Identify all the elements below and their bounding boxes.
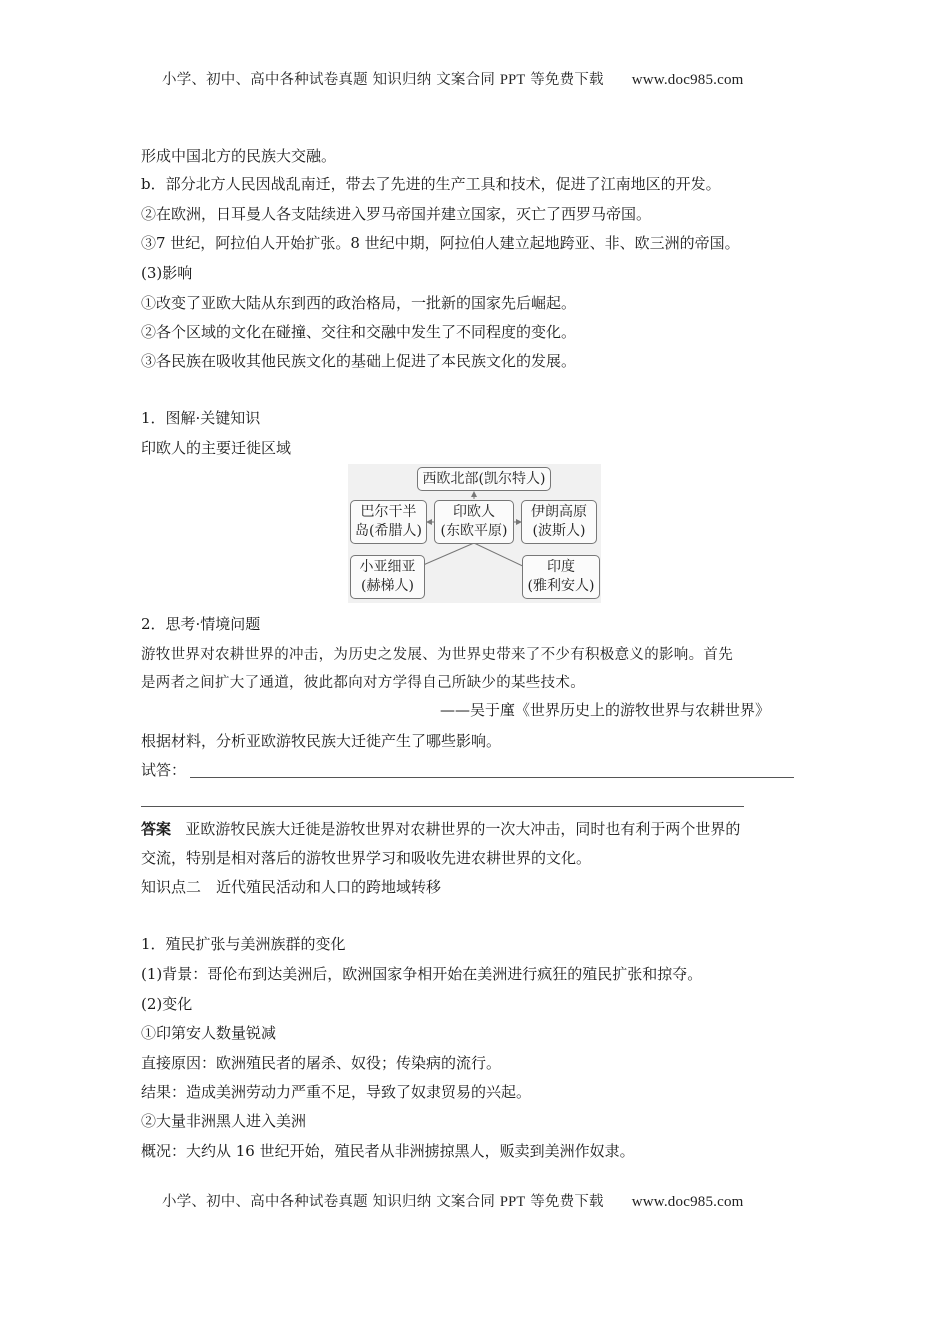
kp2-change-heading: (2)变化 [141,994,192,1014]
answer-key-label: 答案 [141,820,171,838]
box-iran-plateau: 伊朗高原 (波斯人) [521,500,597,544]
box-balkans-line1: 巴尔干半 [351,503,426,522]
answer-key-line-1: 答案 亚欧游牧民族大迁徙是游牧世界对农耕世界的一次大冲击，同时也有利于两个世界的 [141,819,740,839]
page-footer: 小学、初中、高中各种试卷真题 知识归纳 文案合同 PPT 等免费下载www.do… [162,1190,802,1211]
box-balkans-line2: 岛(希腊人) [351,522,426,541]
header-text: 小学、初中、高中各种试卷真题 知识归纳 文案合同 [162,72,500,88]
kp2-background: (1)背景：哥伦布到达美洲后，欧洲国家争相开始在美洲进行疯狂的殖民扩张和掠夺。 [141,964,702,984]
answer-label: 试答： [141,760,186,780]
kp2-item-2: ②大量非洲黑人进入美洲 [141,1111,306,1131]
quote-line-2: 是两者之间扩大了通道，彼此都向对方学得自己所缺少的某些技术。 [141,673,585,693]
diagram-caption: 印欧人的主要迁徙区域 [141,438,291,458]
box-iran-line1: 伊朗高原 [522,503,596,522]
kp2-heading: 1．殖民扩张与美洲族群的变化 [141,934,346,954]
footer-text: 小学、初中、高中各种试卷真题 知识归纳 文案合同 [162,1194,500,1210]
impact-item-2: ②各个区域的文化在碰撞、交往和交融中发生了不同程度的变化。 [141,322,576,342]
box-iran-line2: (波斯人) [522,522,596,541]
migration-diagram: 西欧北部(凯尔特人) 巴尔干半 岛(希腊人) 印欧人 (东欧平原) 伊朗高原 (… [348,464,601,603]
box-asia-minor: 小亚细亚 (赫梯人) [350,555,425,599]
question: 根据材料，分析亚欧游牧民族大迁徙产生了哪些影响。 [141,731,501,751]
box-center-line1: 印欧人 [435,503,513,522]
box-western-europe-label: 西欧北部(凯尔特人) [423,471,546,487]
page-header: 小学、初中、高中各种试卷真题 知识归纳 文案合同 PPT 等免费下载www.do… [162,68,802,89]
box-india-line2: (雅利安人) [523,577,599,596]
box-india: 印度 (雅利安人) [522,555,600,599]
impact-heading: (3)影响 [141,263,192,283]
footer-ppt: PPT [500,1194,526,1210]
kp2-result: 结果：造成美洲劳动力严重不足，导致了奴隶贸易的兴起。 [141,1082,531,1102]
header-url[interactable]: www.doc985.com [632,72,744,88]
box-indo-europeans: 印欧人 (东欧平原) [434,500,514,544]
box-india-line1: 印度 [523,558,599,577]
diagram-heading: 1．图解·关键知识 [141,408,260,428]
answer-input-line-2[interactable] [141,806,744,807]
answer-key-text-1: 亚欧游牧民族大迁徙是游牧世界对农耕世界的一次大冲击，同时也有利于两个世界的 [185,820,740,838]
quote-source: ——吴于廑《世界历史上的游牧世界与农耕世界》 [440,700,770,720]
impact-item-1: ①改变了亚欧大陆从东到西的政治格局，一批新的国家先后崛起。 [141,293,576,313]
header-ppt: PPT [500,72,526,88]
answer-input-line-1[interactable] [190,777,794,778]
quote-line-1: 游牧世界对农耕世界的冲击，为历史之发展、为世界史带来了不少有积极意义的影响。首先 [141,645,733,665]
box-asia-minor-line1: 小亚细亚 [351,558,424,577]
paragraph-europe: ②在欧洲，日耳曼人各支陆续进入罗马帝国并建立国家，灭亡了西罗马帝国。 [141,204,651,224]
box-balkans: 巴尔干半 岛(希腊人) [350,500,427,544]
paragraph-cont: 形成中国北方的民族大交融。 [141,146,336,166]
box-center-line2: (东欧平原) [435,522,513,541]
paragraph-arab: ③7 世纪，阿拉伯人开始扩张。8 世纪中期，阿拉伯人建立起地跨亚、非、欧三洲的帝… [141,233,740,253]
kp2-overview: 概况：大约从 16 世纪开始，殖民者从非洲掳掠黑人，贩卖到美洲作奴隶。 [141,1141,635,1161]
impact-item-3: ③各民族在吸收其他民族文化的基础上促进了本民族文化的发展。 [141,351,576,371]
thinking-heading: 2．思考·情境问题 [141,614,260,634]
knowledge-point-2-title: 知识点二 近代殖民活动和人口的跨地域转移 [141,877,441,897]
footer-url[interactable]: www.doc985.com [632,1194,744,1210]
header-text2: 等免费下载 [525,72,603,88]
box-western-europe: 西欧北部(凯尔特人) [417,467,551,491]
box-asia-minor-line2: (赫梯人) [351,577,424,596]
paragraph-b: b．部分北方人民因战乱南迁，带去了先进的生产工具和技术，促进了江南地区的开发。 [141,174,721,194]
footer-text2: 等免费下载 [525,1194,603,1210]
kp2-direct-cause: 直接原因：欧洲殖民者的屠杀、奴役；传染病的流行。 [141,1053,501,1073]
kp2-item-1: ①印第安人数量锐减 [141,1023,276,1043]
answer-key-line-2: 交流，特别是相对落后的游牧世界学习和吸收先进农耕世界的文化。 [141,848,591,868]
